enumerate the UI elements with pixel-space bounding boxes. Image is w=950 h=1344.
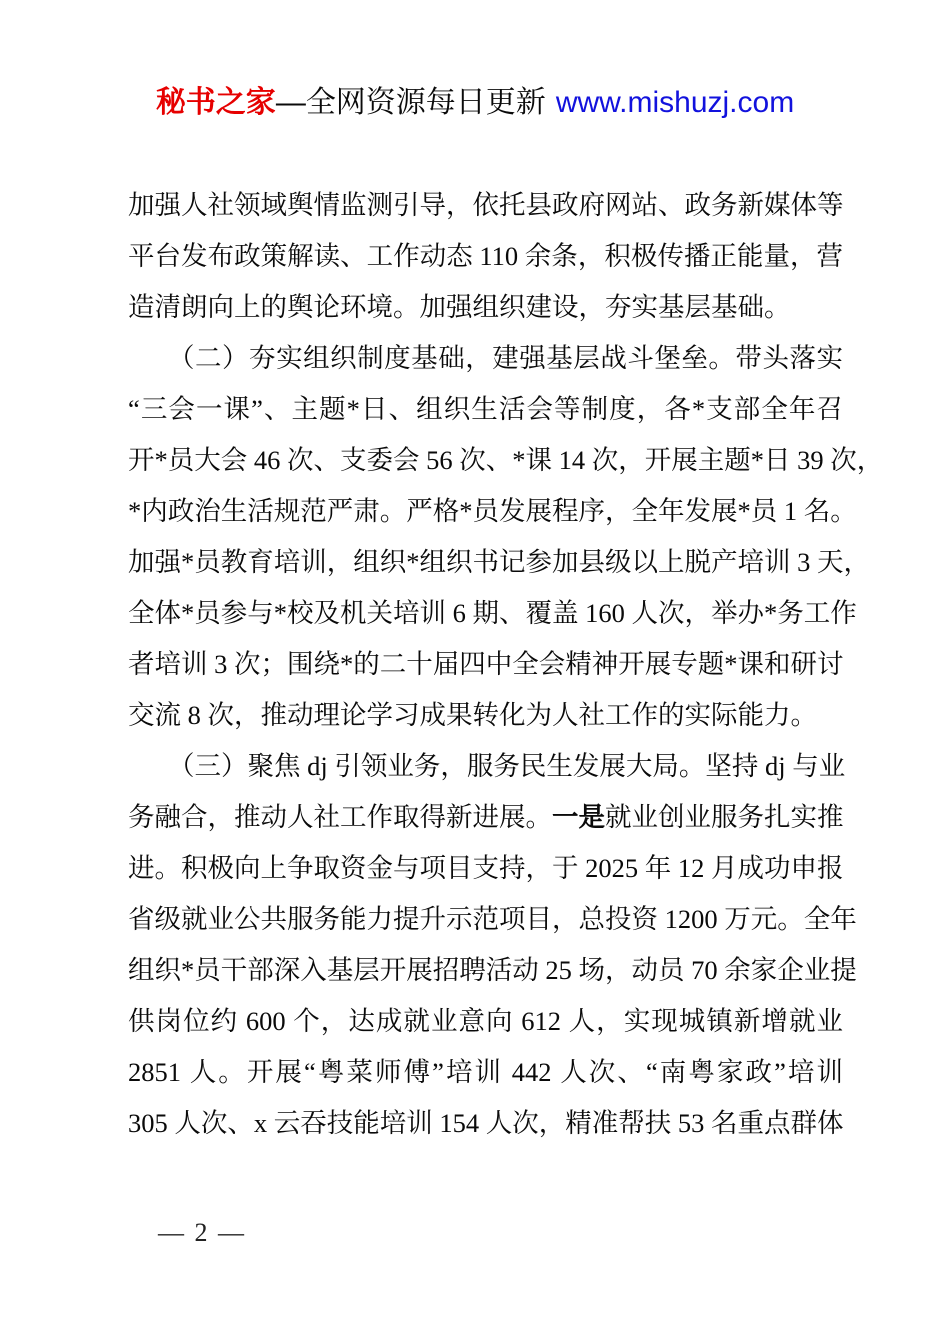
text-run: *内政治生活规范严肃。严格*员发展程序，全年发展*员 1 名。: [128, 496, 857, 526]
paragraph: （三）聚焦 dj 引领业务，服务民生发展大局。坚持 dj 与业务融合，推动人社工…: [128, 741, 843, 1149]
header-url: www.mishuzj.com: [556, 86, 794, 119]
text-run: 进。积极向上争取资金与项目支持，于 2025 年 12 月成功申报: [128, 853, 844, 883]
text-run: 供岗位约 600 个，达成就业意向 612 人，实现城镇新增就业: [128, 1006, 843, 1036]
text-line: 2851 人。开展“粤菜师傅”培训 442 人次、“南粤家政”培训: [128, 1047, 843, 1098]
text-run: 造清朗向上的舆论环境。加强组织建设，夯实基层基础。: [128, 292, 791, 322]
text-line: 造清朗向上的舆论环境。加强组织建设，夯实基层基础。: [128, 282, 843, 333]
text-line: 交流 8 次，推动理论学习成果转化为人社工作的实际能力。: [128, 690, 843, 741]
text-line: 组织*员干部深入基层开展招聘活动 25 场，动员 70 余家企业提: [128, 945, 843, 996]
text-run: 开*员大会 46 次、支委会 56 次、*课 14 次，开展主题*日 39 次，: [128, 445, 883, 475]
text-line: 开*员大会 46 次、支委会 56 次、*课 14 次，开展主题*日 39 次，: [128, 435, 843, 486]
document-page: 秘书之家—全网资源每日更新www.mishuzj.com 加强人社领域舆情监测引…: [0, 0, 950, 1344]
text-line: 305 人次、x 云吞技能培训 154 人次，精准帮扶 53 名重点群体: [128, 1098, 843, 1149]
text-line: 供岗位约 600 个，达成就业意向 612 人，实现城镇新增就业: [128, 996, 843, 1047]
page-number: — 2 —: [158, 1218, 246, 1248]
paragraph: （二）夯实组织制度基础，建强基层战斗堡垒。带头落实“三会一课”、主题*日、组织生…: [128, 333, 843, 741]
text-line: （三）聚焦 dj 引领业务，服务民生发展大局。坚持 dj 与业: [128, 741, 843, 792]
text-run: （三）聚焦 dj 引领业务，服务民生发展大局。坚持 dj 与业: [168, 751, 845, 781]
text-line: 平台发布政策解读、工作动态 110 余条，积极传播正能量，营: [128, 231, 843, 282]
text-run: 加强*员教育培训，组织*组织书记参加县级以上脱产培训 3 天，: [128, 547, 870, 577]
text-run: 交流 8 次，推动理论学习成果转化为人社工作的实际能力。: [128, 700, 817, 730]
text-run: （二）夯实组织制度基础，建强基层战斗堡垒。带头落实: [168, 343, 843, 373]
text-run: 全体*员参与*校及机关培训 6 期、覆盖 160 人次，举办*务工作: [128, 598, 857, 628]
text-line: 省级就业公共服务能力提升示范项目，总投资 1200 万元。全年: [128, 894, 843, 945]
document-header: 秘书之家—全网资源每日更新www.mishuzj.com: [0, 84, 950, 122]
text-run: 就业创业服务扎实推: [605, 802, 844, 832]
paragraph: 加强人社领域舆情监测引导，依托县政府网站、政务新媒体等平台发布政策解读、工作动态…: [128, 180, 843, 333]
text-line: 进。积极向上争取资金与项目支持，于 2025 年 12 月成功申报: [128, 843, 843, 894]
text-run: 305 人次、x 云吞技能培训 154 人次，精准帮扶 53 名重点群体: [128, 1108, 844, 1138]
site-name: 秘书之家: [156, 86, 276, 119]
text-run: 加强人社领域舆情监测引导，依托县政府网站、政务新媒体等: [128, 190, 844, 220]
text-line: （二）夯实组织制度基础，建强基层战斗堡垒。带头落实: [128, 333, 843, 384]
text-line: “三会一课”、主题*日、组织生活会等制度，各*支部全年召: [128, 384, 843, 435]
header-tagline: —全网资源每日更新: [276, 86, 546, 119]
text-run: 平台发布政策解读、工作动态 110 余条，积极传播正能量，营: [128, 241, 843, 271]
text-run: 者培训 3 次；围绕*的二十届四中全会精神开展专题*课和研讨: [128, 649, 844, 679]
text-line: 加强*员教育培训，组织*组织书记参加县级以上脱产培训 3 天，: [128, 537, 843, 588]
text-run: 组织*员干部深入基层开展招聘活动 25 场，动员 70 余家企业提: [128, 955, 857, 985]
bold-run: 一是: [552, 802, 605, 832]
text-line: 者培训 3 次；围绕*的二十届四中全会精神开展专题*课和研讨: [128, 639, 843, 690]
text-run: 省级就业公共服务能力提升示范项目，总投资 1200 万元。全年: [128, 904, 857, 934]
text-run: 务融合，推动人社工作取得新进展。: [128, 802, 552, 832]
document-body: 加强人社领域舆情监测引导，依托县政府网站、政务新媒体等平台发布政策解读、工作动态…: [128, 180, 843, 1149]
text-line: 务融合，推动人社工作取得新进展。一是就业创业服务扎实推: [128, 792, 843, 843]
text-line: 全体*员参与*校及机关培训 6 期、覆盖 160 人次，举办*务工作: [128, 588, 843, 639]
text-run: 2851 人。开展“粤菜师傅”培训 442 人次、“南粤家政”培训: [128, 1057, 843, 1087]
text-run: “三会一课”、主题*日、组织生活会等制度，各*支部全年召: [128, 394, 843, 424]
text-line: *内政治生活规范严肃。严格*员发展程序，全年发展*员 1 名。: [128, 486, 843, 537]
text-line: 加强人社领域舆情监测引导，依托县政府网站、政务新媒体等: [128, 180, 843, 231]
